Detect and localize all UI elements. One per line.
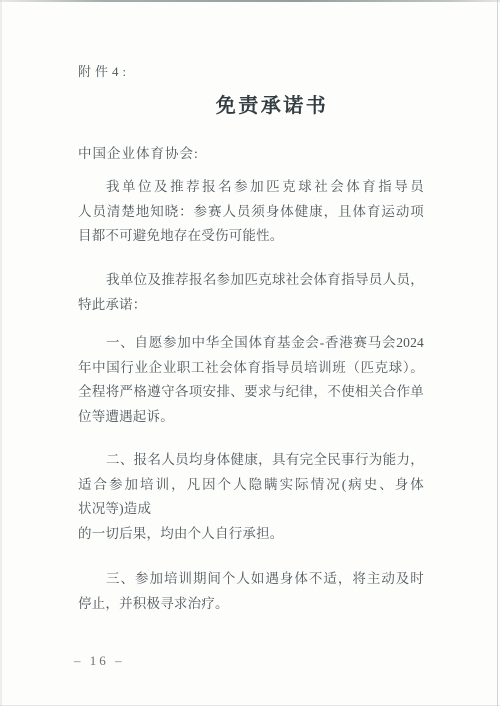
text-line: 停止，并积极寻求治疗。 xyxy=(78,592,424,617)
text-line: 目都不可避免地存在受伤可能性。 xyxy=(78,224,424,249)
text-line: 我单位及推荐报名参加匹克球社会体育指导员 xyxy=(78,175,424,200)
scan-edge-top xyxy=(0,0,500,2)
document-page: 附件4: 免责承诺书 中国企业体育协会: 我单位及推荐报名参加匹克球社会体育指导… xyxy=(0,0,500,706)
text-line: 适合参加培训，凡因个人隐瞒实际情况(病史、身体 xyxy=(78,473,424,498)
list-item-3: 三、参加培训期间个人如遇身体不适，将主动及时停止，并积极寻求治疗。 xyxy=(78,567,424,616)
list-item-1: 一、自愿参加中华全国体育基金会-香港赛马会2024年中国行业企业职工社会体育指导… xyxy=(78,331,424,429)
paragraph-intro: 我单位及推荐报名参加匹克球社会体育指导员人员清楚地知晓：参赛人员须身体健康，且体… xyxy=(78,175,424,249)
text-line: 全程将严格遵守各项安排、要求与纪律，不使相关合作单 xyxy=(78,380,424,405)
text-line: 人员清楚地知晓：参赛人员须身体健康，且体育运动项 xyxy=(78,200,424,225)
scan-edge-right xyxy=(497,0,498,706)
page-number: – 16 – xyxy=(74,653,125,669)
attachment-label: 附件4: xyxy=(78,61,130,80)
text-line: 三、参加培训期间个人如遇身体不适，将主动及时 xyxy=(78,567,424,592)
list-item-2: 二、报名人员均身体健康，具有完全民事行为能力，适合参加培训，凡因个人隐瞒实际情况… xyxy=(78,448,424,546)
text-line: 一、自愿参加中华全国体育基金会-香港赛马会2024 xyxy=(78,331,424,356)
text-line: 状况等)造成 xyxy=(78,497,424,522)
text-line: 我单位及推荐报名参加匹克球社会体育指导员人员， xyxy=(78,268,424,293)
paragraph-pledge: 我单位及推荐报名参加匹克球社会体育指导员人员，特此承诺： xyxy=(78,268,424,317)
text-line: 特此承诺： xyxy=(78,293,424,318)
document-title: 免责承诺书 xyxy=(78,89,466,118)
text-line: 年中国行业企业职工社会体育指导员培训班（匹克球）。 xyxy=(78,356,424,381)
text-line: 的一切后果，均由个人自行承担。 xyxy=(78,522,424,547)
salutation: 中国企业体育协会: xyxy=(78,142,199,162)
scan-edge-left xyxy=(0,0,2,706)
text-line: 二、报名人员均身体健康，具有完全民事行为能力， xyxy=(78,448,424,473)
text-line: 位等遭遇起诉。 xyxy=(78,405,424,430)
